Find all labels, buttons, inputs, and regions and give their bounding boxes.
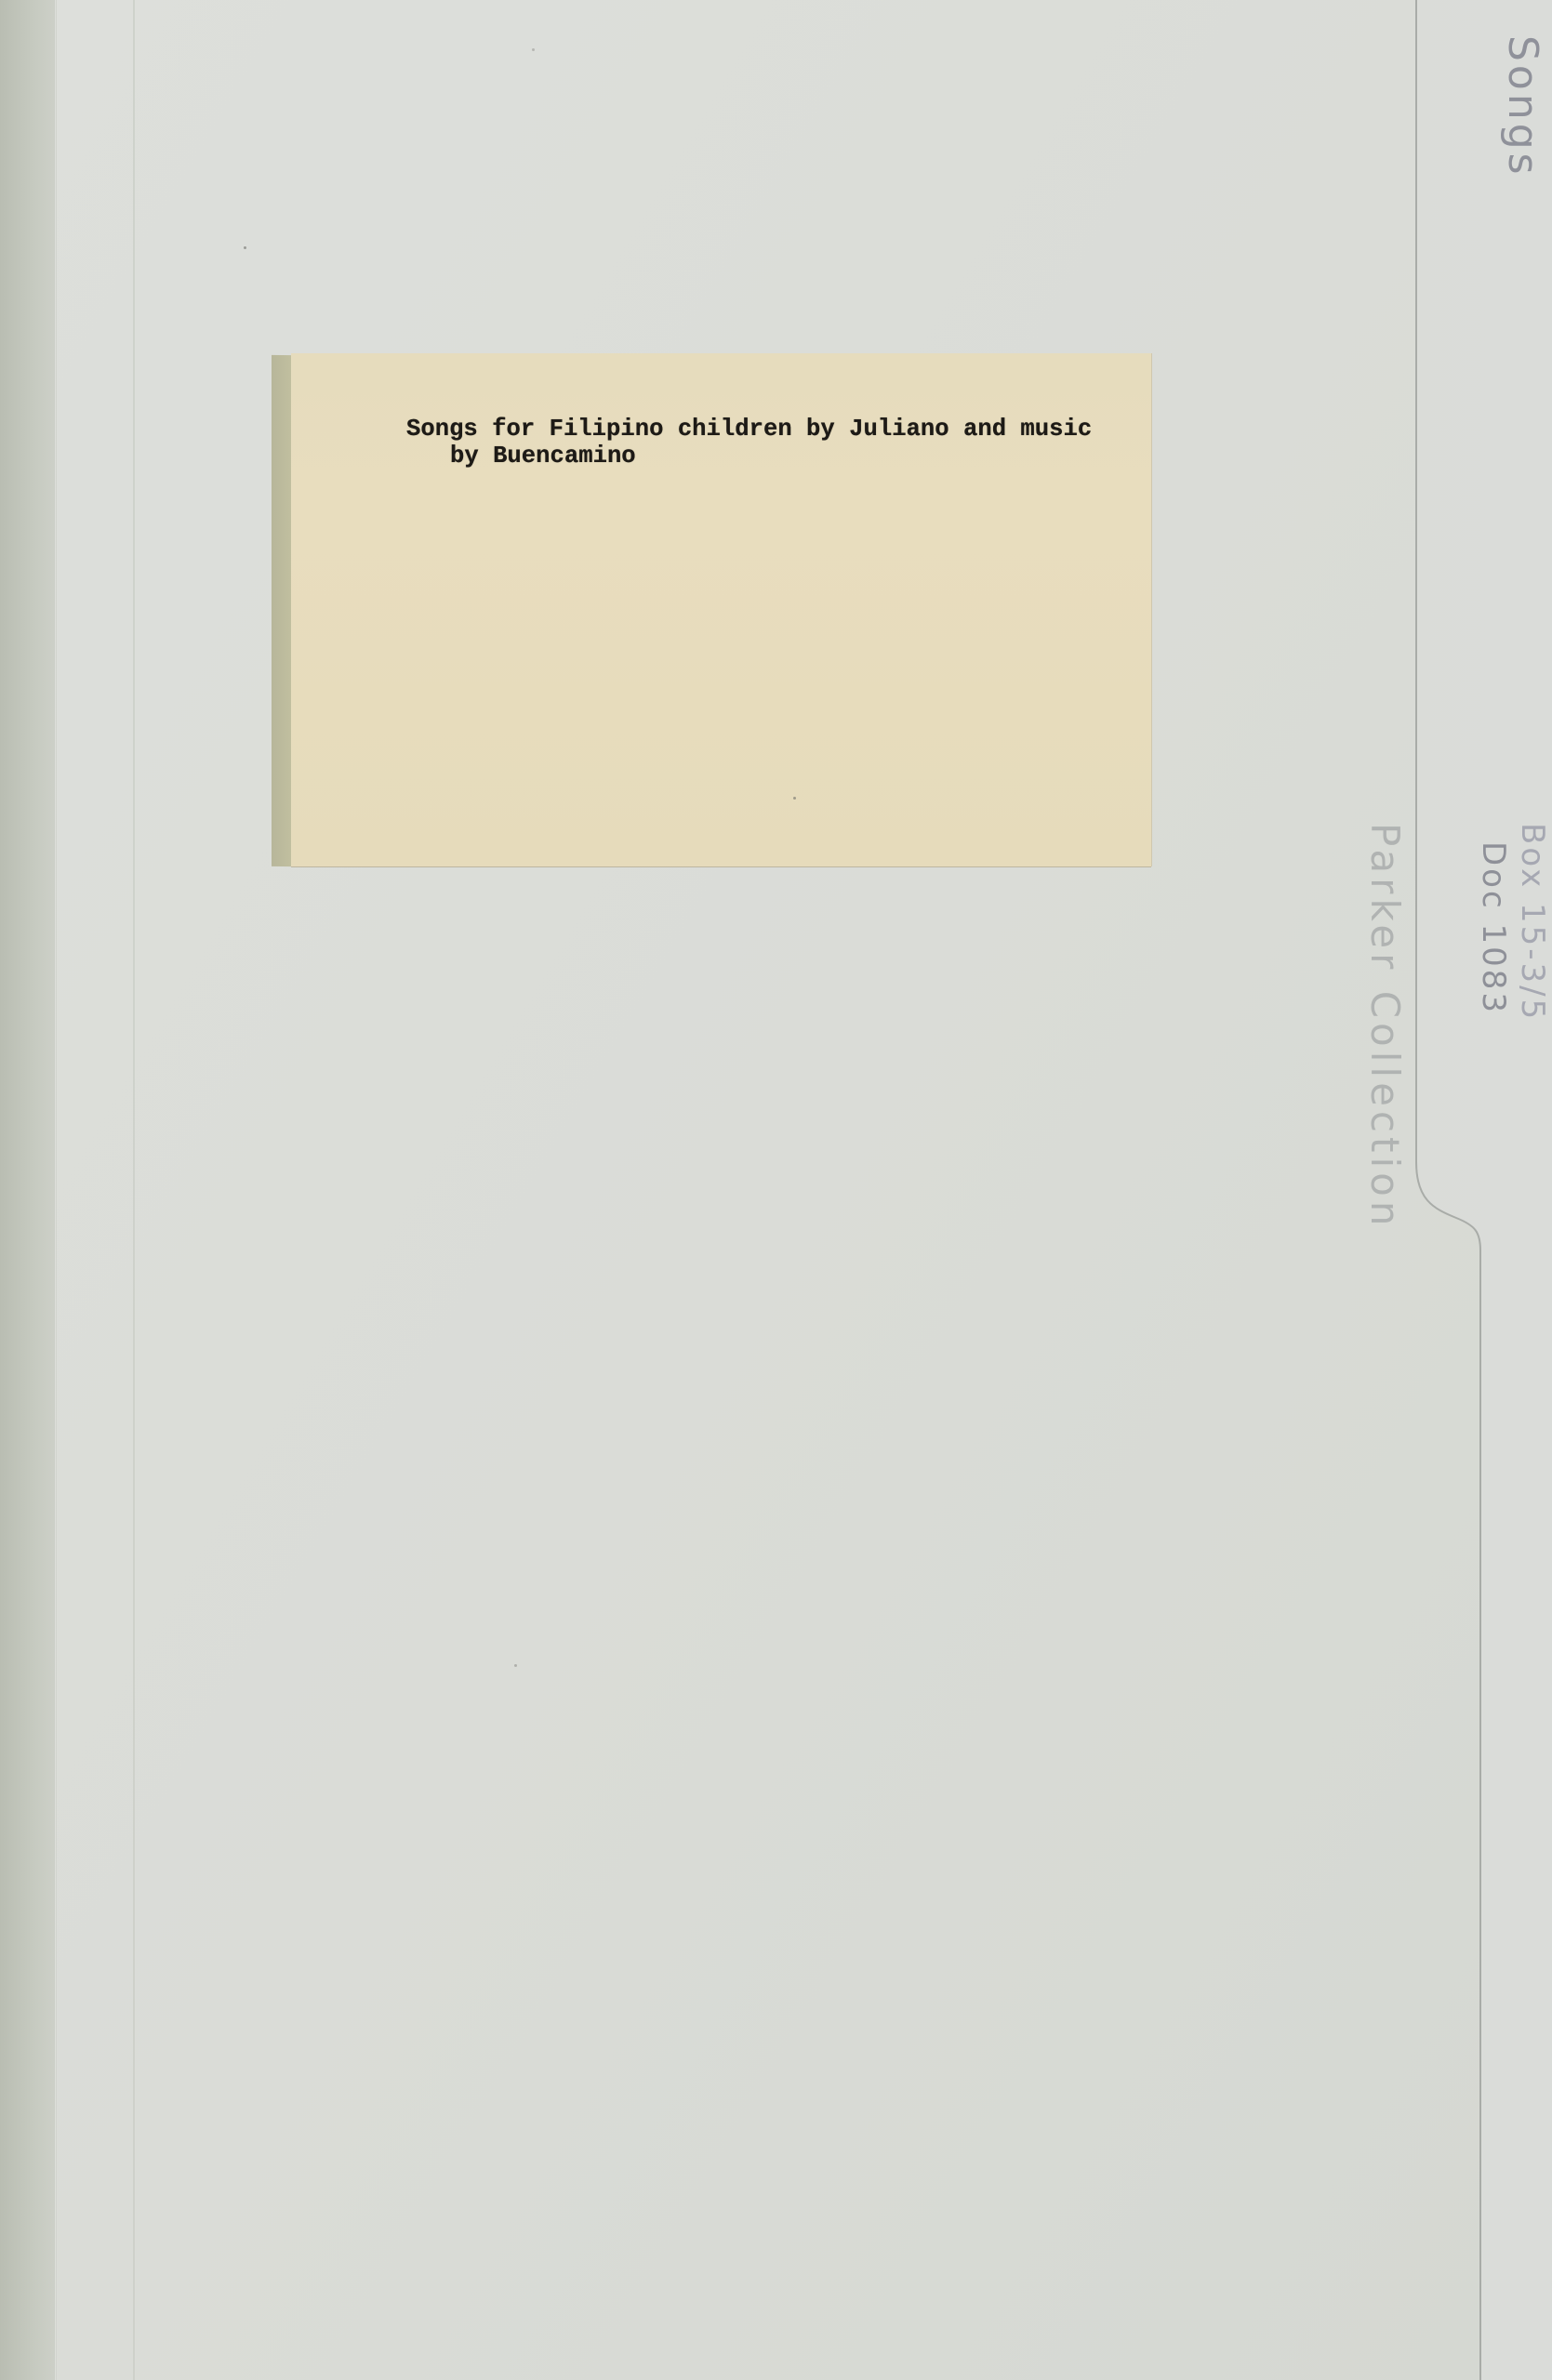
scanned-folder-scene: Songs for Filipino children by Juliano a…: [0, 0, 1552, 2380]
paper-speck: [532, 48, 535, 51]
box-number-annotation: Box 15-3/5: [1514, 823, 1551, 1022]
folder-spine-shadow: [0, 0, 56, 2380]
tab-label-songs: Songs: [1499, 35, 1546, 178]
doc-number-annotation: Doc 1083: [1475, 841, 1512, 1015]
paper-speck: [514, 1664, 517, 1667]
collection-annotation: Parker Collection: [1362, 823, 1408, 1230]
paper-speck: [244, 246, 246, 249]
folder-crease: [54, 0, 57, 2380]
index-card-typed-text: Songs for Filipino children by Juliano a…: [406, 416, 1092, 469]
index-card-line-1: Songs for Filipino children by Juliano a…: [406, 416, 1092, 443]
index-card-line-2: by Buencamino: [406, 443, 1092, 469]
folder-score-line: [133, 0, 135, 2380]
index-card: Songs for Filipino children by Juliano a…: [291, 353, 1151, 866]
card-speck: [793, 797, 796, 800]
